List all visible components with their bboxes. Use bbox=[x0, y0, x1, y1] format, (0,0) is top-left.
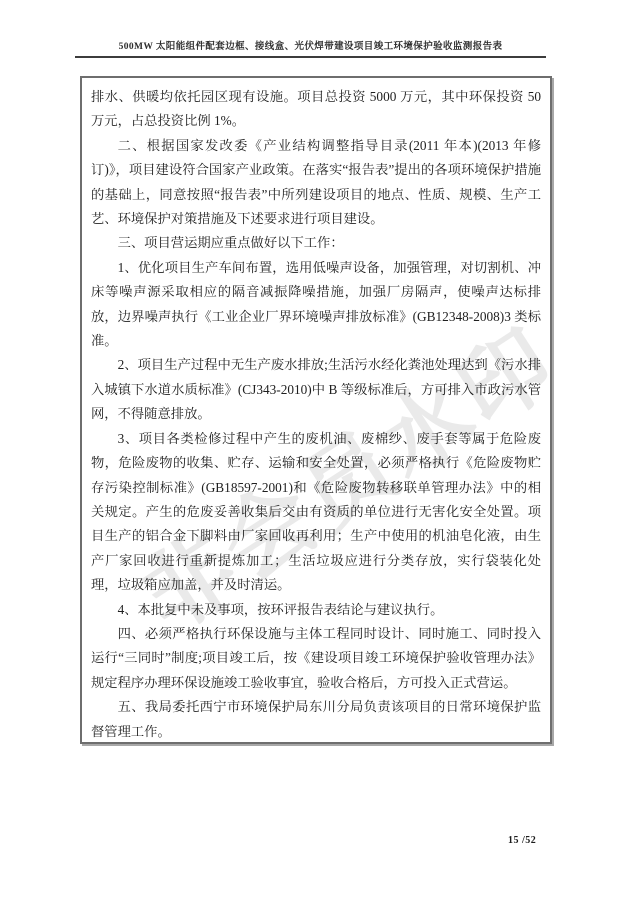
paragraph: 四、必须严格执行环保设施与主体工程同时设计、同时施工、同时投入运行“三同时”制度… bbox=[91, 622, 541, 695]
paragraph: 3、项目各类检修过程中产生的废机油、废棉纱、废手套等属于危险废物，危险废物的收集… bbox=[91, 427, 541, 598]
paragraph: 排水、供暖均依托园区现有设施。项目总投资 5000 万元，其中环保投资 50 万… bbox=[91, 85, 541, 134]
paragraph: 二、根据国家发改委《产业结构调整指导目录(2011 年本)(2013 年修订)》… bbox=[91, 134, 541, 232]
page-number: 15 /52 bbox=[508, 835, 536, 846]
page-total: /52 bbox=[522, 835, 536, 846]
paragraph: 三、项目营运期应重点做好以下工作： bbox=[91, 231, 541, 255]
header-divider bbox=[75, 56, 546, 58]
document-title: 500MW 太阳能组件配套边框、接线盒、光伏焊带建设项目竣工环境保护验收监测报告… bbox=[75, 38, 546, 52]
paragraph: 4、本批复中未及事项，按环评报告表结论与建议执行。 bbox=[91, 598, 541, 622]
paragraph: 五、我局委托西宁市环境保护局东川分局负责该项目的日常环境保护监督管理工作。 bbox=[91, 695, 541, 744]
page-current: 15 bbox=[508, 835, 519, 846]
paragraph: 1、优化项目生产车间布置，选用低噪声设备，加强管理，对切割机、冲床等噪声源采取相… bbox=[91, 256, 541, 354]
approval-text-block: 排水、供暖均依托园区现有设施。项目总投资 5000 万元，其中环保投资 50 万… bbox=[80, 76, 552, 744]
document-page: 非会员水印 500MW 太阳能组件配套边框、接线盒、光伏焊带建设项目竣工环境保护… bbox=[0, 0, 640, 905]
paragraph: 2、项目生产过程中无生产废水排放;生活污水经化粪池处理达到《污水排入城镇下水道水… bbox=[91, 353, 541, 426]
